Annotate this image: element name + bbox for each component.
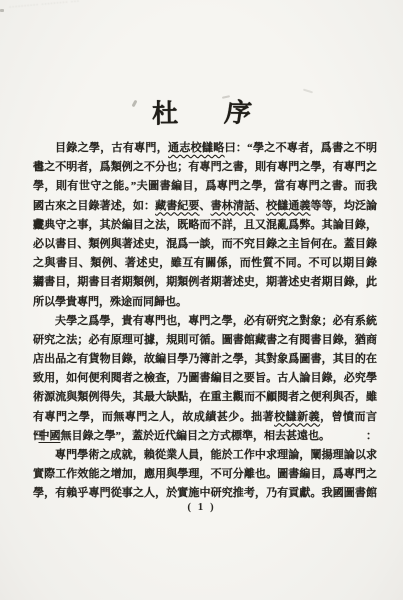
text-run: 書典守之事，其於編目之法，既略而不詳，且又混亂爲弊。其論目錄， [33,219,377,231]
page-number: ( 1 ) [0,500,403,514]
text-line: 國古來之目錄著述，如：藏書紀要、書林清話、校讎通義等等，均泛論藏 [33,197,377,216]
text-line: “中國無目錄之學”，蓋於近代編目之方式標準，相去甚遠也。 [33,427,377,446]
text-line: 研究之法；必有原理可據，規則可循。圖書館藏書之有閱書目錄，猶商 [33,331,377,350]
text-line: 術源流與類例得失，其最大缺點，在重主觀而不顧閱者之便利與否，雖 [33,388,377,407]
text-line: 夫學之爲學，貴有專門也，專門之學，必有研究之對象；必有系統 [33,312,377,331]
text-line: 專門學術之成就，賴從業人員，能於工作中求理論，闡揚理論以求 [33,446,377,465]
text-run: 、 [255,200,266,212]
text-run: 、 [200,200,211,212]
book-title-mark: 書林清話 [211,200,255,212]
page-title: 杜 序 [0,97,403,131]
text-line: 實際工作效能之增加，應用與學理，不可分離也。圖書編目，爲專門之 [33,465,377,484]
title-char-du: 杜 [152,99,178,129]
text-run: 致用，如何便利閱者之檢查，乃圖書編目之要旨。古人論目錄，必究學 [33,372,377,384]
watermark: ·········· ········· ··· [9,0,80,11]
text-line: 必以書目、類例與著述史，混爲一談，而不究目錄之主旨何在。蓋目錄 [33,235,377,254]
text-line: 致用，如何便利閱者之檢查，乃圖書編目之要旨。古人論目錄，必究學 [33,369,377,388]
text-run: 研究之法；必有原理可據，規則可循。圖書館藏書之有閱書目錄，猶商 [33,334,377,346]
text-run: 有專門之學，而無專門之人，故成績甚少。拙著 [33,411,274,423]
text-line: 學，則有世守之能。”夫圖書編目，爲專門之學，當有專門之書。而我 [33,177,377,196]
body-text: 目錄之學，古有專門，通志校讎略曰：“學之不專者，爲書之不明也；書之不明者，爲類例… [33,139,377,504]
text-run: 必以書目、類例與著述史，混爲一談，而不究目錄之主旨何在。蓋目錄 [33,238,377,250]
text-line: 之與書目、類例、著述史，雖互有關係，而性質不同。不可以期目錄者， [33,254,377,273]
text-line: 有專門之學，而無專門之人，故成績甚少。拙著校讎新義，曾憤而言曰： [33,408,377,427]
text-line: 期書目，期書目者期類例，期類例者期著述史，期著述史者期目錄，此 [33,273,377,292]
text-line: 書之不明者，爲類例之不分也；有專門之書，則有專門之學，有專門之 [33,158,377,177]
ink-speck [0,9,4,12]
book-title-mark: 通志校讎略 [168,142,225,154]
book-title-mark: 校讎新義 [274,411,320,423]
text-run: 實際工作效能之增加，應用與學理，不可分離也。圖書編目，爲專門之 [33,468,377,480]
text-run: 期書目，期書目者期類例，期類例者期著述史，期著述史者期目錄，此 [33,276,377,288]
text-run: 夫學之爲學，貴有專門也，專門之學，必有研究之對象；必有系統 [55,315,377,327]
proper-noun-mark: 中國 [39,430,61,442]
text-run: 術源流與類例得失，其最大缺點，在重主觀而不顧閱者之便利與否，雖 [33,391,377,403]
book-title-mark: 校讎通義 [266,200,310,212]
text-run: 專門學術之成就，賴從業人員，能於工作中求理論，闡揚理論以求 [55,449,377,461]
text-line: 店出品之有貨物目錄，故編目學乃簿計之學，其對象爲圖書，其目的在 [33,350,377,369]
text-run: 店出品之有貨物目錄，故編目學乃簿計之學，其對象爲圖書，其目的在 [33,353,377,365]
book-title-mark: 藏書紀要 [155,200,199,212]
text-run: 學，有賴乎專門從事之人，於實施中研究推考，乃有貢獻。我國圖書館 [33,487,377,499]
text-run: 目錄之學，古有專門， [55,142,168,154]
title-char-xu: 序 [223,98,253,129]
ink-speck [303,89,313,94]
text-line: 所以學貴專門，殊途而同歸也。 [33,293,377,312]
text-line: 書典守之事，其於編目之法，既略而不詳，且又混亂爲弊。其論目錄， [33,216,377,235]
scanned-book-page: ·········· ········· ··· 杜 序 目錄之學，古有專門，通… [0,0,403,600]
text-run: 所以學貴專門，殊途而同歸也。 [33,296,187,308]
text-run: 國古來之目錄著述，如： [33,200,155,212]
text-line: 目錄之學，古有專門，通志校讎略曰：“學之不專者，爲書之不明也； [33,139,377,158]
text-run: 書之不明者，爲類例之不分也；有專門之書，則有專門之學，有專門之 [33,161,377,173]
text-run: 學，則有世守之能。”夫圖書編目，爲專門之學，當有專門之書。而我 [33,180,377,192]
text-run: 無目錄之學”，蓋於近代編目之方式標準，相去甚遠也。 [61,430,331,442]
